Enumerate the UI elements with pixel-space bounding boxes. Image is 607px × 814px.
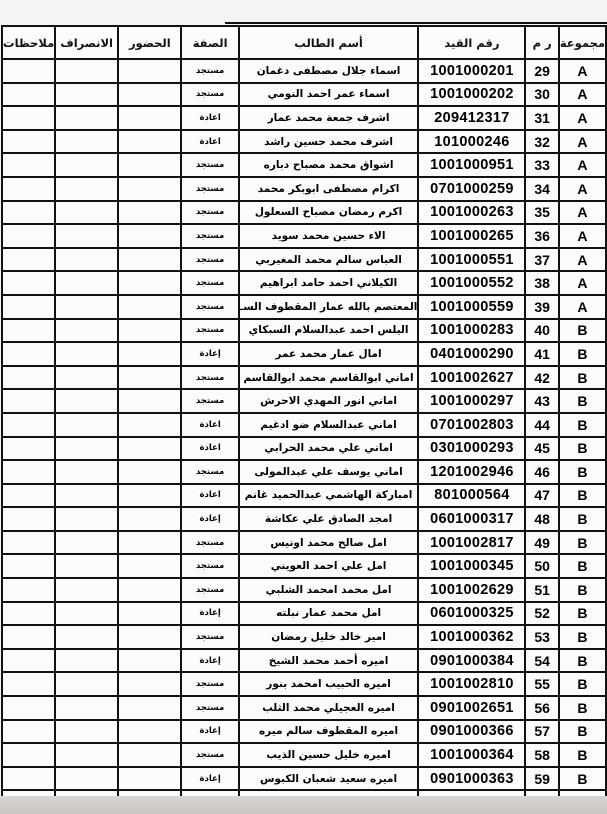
- seq-cell: 41: [525, 342, 558, 366]
- student-id-cell: 1201002946: [418, 460, 525, 484]
- notes-cell[interactable]: [2, 295, 55, 319]
- status-cell: مستجد: [181, 743, 238, 767]
- attendance-cell[interactable]: [118, 389, 181, 413]
- attendance-cell[interactable]: [118, 696, 181, 720]
- student-name-cell: اميره الحبيب امحمد بنور: [239, 672, 419, 696]
- status-cell: مستجد: [181, 201, 238, 225]
- notes-cell[interactable]: [2, 83, 55, 107]
- departure-cell[interactable]: [55, 672, 118, 696]
- seq-cell: 48: [525, 507, 558, 531]
- departure-cell[interactable]: [55, 106, 118, 130]
- departure-cell[interactable]: [55, 484, 118, 508]
- departure-cell[interactable]: [55, 720, 118, 744]
- group-cell: B: [559, 649, 606, 673]
- group-cell: B: [559, 389, 606, 413]
- student-name-cell: العباس سالم محمد المغيربي: [239, 248, 419, 272]
- group-cell: A: [559, 106, 606, 130]
- student-name-cell: امل محمد امحمد الشلبي: [239, 578, 419, 602]
- table-row: B590901000363اميره سعيد شعبان الكبوسإعاد…: [2, 767, 606, 791]
- departure-cell[interactable]: [55, 602, 118, 626]
- table-row: B491001002817امل صالح محمد اونيسمستجد: [2, 531, 606, 555]
- student-id-cell: 101000246: [418, 130, 525, 154]
- group-cell: B: [559, 413, 606, 437]
- notes-cell[interactable]: [2, 720, 55, 744]
- status-cell: اعادة: [181, 437, 238, 461]
- header-attendance: الحضور: [118, 26, 181, 59]
- table-row: B401001000283اليلس احمد عبدالسلام السبكا…: [2, 319, 606, 343]
- seq-cell: 43: [525, 389, 558, 413]
- student-name-cell: امير خالد خليل رمضان: [239, 625, 419, 649]
- notes-cell[interactable]: [2, 625, 55, 649]
- group-cell: B: [559, 602, 606, 626]
- notes-cell[interactable]: [2, 554, 55, 578]
- seq-cell: 37: [525, 248, 558, 272]
- notes-cell[interactable]: [2, 696, 55, 720]
- departure-cell[interactable]: [55, 531, 118, 555]
- notes-cell[interactable]: [2, 319, 55, 343]
- student-id-cell: 1001000201: [418, 59, 525, 83]
- notes-cell[interactable]: [2, 389, 55, 413]
- table-row: A351001000263اكرم رمضان مصباح السعلولمست…: [2, 201, 606, 225]
- status-cell: مستجد: [181, 531, 238, 555]
- student-id-cell: 1001000283: [418, 319, 525, 343]
- attendance-cell[interactable]: [118, 460, 181, 484]
- departure-cell[interactable]: [55, 153, 118, 177]
- departure-cell[interactable]: [55, 389, 118, 413]
- attendance-cell[interactable]: [118, 366, 181, 390]
- student-name-cell: امل علي احمد العويني: [239, 554, 419, 578]
- group-cell: B: [559, 554, 606, 578]
- student-name-cell: اميره خليل حسين الذيب: [239, 743, 419, 767]
- status-cell: مستجد: [181, 83, 238, 107]
- student-id-cell: 0701002803: [418, 413, 525, 437]
- student-name-cell: اماني يوسف علي عبدالمولى: [239, 460, 419, 484]
- seq-cell: 56: [525, 696, 558, 720]
- group-cell: B: [559, 484, 606, 508]
- departure-cell[interactable]: [55, 767, 118, 791]
- student-id-cell: 0601000317: [418, 507, 525, 531]
- table-row: A331001000951اشواق محمد مصباح دبارهمستجد: [2, 153, 606, 177]
- header-seq: ر م: [525, 26, 558, 59]
- notes-cell[interactable]: [2, 106, 55, 130]
- student-id-cell: 0601000325: [418, 602, 525, 626]
- student-id-cell: 1001000265: [418, 224, 525, 248]
- student-name-cell: اميره أحمد محمد الشيخ: [239, 649, 419, 673]
- group-cell: B: [559, 319, 606, 343]
- group-cell: B: [559, 767, 606, 791]
- table-row: B431001000297اماني انور المهدي الاحرشمست…: [2, 389, 606, 413]
- table-row: B410401000290امال عمار محمد عمرإعادة: [2, 342, 606, 366]
- attendance-cell[interactable]: [118, 271, 181, 295]
- notes-cell[interactable]: [2, 366, 55, 390]
- notes-cell[interactable]: [2, 649, 55, 673]
- attendance-cell[interactable]: [118, 59, 181, 83]
- student-name-cell: اميره العجيلي محمد الثلب: [239, 696, 419, 720]
- departure-cell[interactable]: [55, 413, 118, 437]
- status-cell: إعادة: [181, 602, 238, 626]
- group-cell: A: [559, 177, 606, 201]
- table-row: A361001000265الاء حسين محمد سويدمستجد: [2, 224, 606, 248]
- attendance-cell[interactable]: [118, 625, 181, 649]
- seq-cell: 44: [525, 413, 558, 437]
- table-row: B511001002629امل محمد امحمد الشلبيمستجد: [2, 578, 606, 602]
- status-cell: مستجد: [181, 319, 238, 343]
- student-id-cell: 1001000297: [418, 389, 525, 413]
- attendance-cell[interactable]: [118, 177, 181, 201]
- notes-cell[interactable]: [2, 224, 55, 248]
- departure-cell[interactable]: [55, 696, 118, 720]
- group-cell: B: [559, 342, 606, 366]
- table-row: B421001002627اماني ابوالقاسم محمد ابوالق…: [2, 366, 606, 390]
- table-row: B560901002651اميره العجيلي محمد الثلبمست…: [2, 696, 606, 720]
- seq-cell: 47: [525, 484, 558, 508]
- departure-cell[interactable]: [55, 248, 118, 272]
- student-name-cell: امباركة الهاشمي عبدالحميد غانم: [239, 484, 419, 508]
- table-row: A391001000559المعتصم بالله عمار المقطوف …: [2, 295, 606, 319]
- departure-cell[interactable]: [55, 342, 118, 366]
- table-row: B461201002946اماني يوسف علي عبدالمولىمست…: [2, 460, 606, 484]
- group-cell: B: [559, 672, 606, 696]
- student-id-cell: 0901002651: [418, 696, 525, 720]
- departure-cell[interactable]: [55, 554, 118, 578]
- seq-cell: 39: [525, 295, 558, 319]
- group-cell: B: [559, 460, 606, 484]
- student-id-cell: 0301000293: [418, 437, 525, 461]
- student-name-cell: اميره سعيد شعبان الكبوس: [239, 767, 419, 791]
- table-row: A291001000201اسماء جلال مصطفى دغمانمستجد: [2, 59, 606, 83]
- attendance-cell[interactable]: [118, 720, 181, 744]
- attendance-cell[interactable]: [118, 554, 181, 578]
- group-cell: B: [559, 437, 606, 461]
- status-cell: مستجد: [181, 177, 238, 201]
- group-cell: B: [559, 696, 606, 720]
- student-id-cell: 801000564: [418, 484, 525, 508]
- attendance-cell[interactable]: [118, 295, 181, 319]
- group-cell: A: [559, 59, 606, 83]
- group-cell: B: [559, 720, 606, 744]
- departure-cell[interactable]: [55, 507, 118, 531]
- student-id-cell: 1001000263: [418, 201, 525, 225]
- departure-cell[interactable]: [55, 130, 118, 154]
- notes-cell[interactable]: [2, 413, 55, 437]
- departure-cell[interactable]: [55, 83, 118, 107]
- table-row: B540901000384اميره أحمد محمد الشيخإعادة: [2, 649, 606, 673]
- seq-cell: 45: [525, 437, 558, 461]
- group-cell: B: [559, 531, 606, 555]
- departure-cell[interactable]: [55, 295, 118, 319]
- notes-cell[interactable]: [2, 177, 55, 201]
- header-status: الصفة: [181, 26, 238, 59]
- group-cell: A: [559, 248, 606, 272]
- notes-cell[interactable]: [2, 342, 55, 366]
- status-cell: إعادة: [181, 767, 238, 791]
- header-student-id: رقم القيد: [418, 26, 525, 59]
- status-cell: مستجد: [181, 625, 238, 649]
- status-cell: مستجد: [181, 271, 238, 295]
- seq-cell: 55: [525, 672, 558, 696]
- student-name-cell: امل محمد عمار نبلته: [239, 602, 419, 626]
- student-id-cell: 0901000384: [418, 649, 525, 673]
- status-cell: مستجد: [181, 554, 238, 578]
- attendance-cell[interactable]: [118, 83, 181, 107]
- notes-cell[interactable]: [2, 153, 55, 177]
- table-row: A340701000259اكرام مصطفى ابوبكر محمدمستج…: [2, 177, 606, 201]
- notes-cell[interactable]: [2, 578, 55, 602]
- seq-cell: 51: [525, 578, 558, 602]
- seq-cell: 35: [525, 201, 558, 225]
- student-id-cell: 1001000364: [418, 743, 525, 767]
- student-id-cell: 1001000951: [418, 153, 525, 177]
- student-id-cell: 0901000363: [418, 767, 525, 791]
- table-row: B581001000364اميره خليل حسين الذيبمستجد: [2, 743, 606, 767]
- attendance-cell[interactable]: [118, 578, 181, 602]
- attendance-cell[interactable]: [118, 767, 181, 791]
- status-cell: اعادة: [181, 106, 238, 130]
- departure-cell[interactable]: [55, 460, 118, 484]
- student-name-cell: اكرام مصطفى ابوبكر محمد: [239, 177, 419, 201]
- roster-body: A291001000201اسماء جلال مصطفى دغمانمستجد…: [2, 59, 606, 814]
- header-group: مجموعة: [559, 26, 606, 59]
- attendance-cell[interactable]: [118, 106, 181, 130]
- attendance-cell[interactable]: [118, 484, 181, 508]
- attendance-cell[interactable]: [118, 437, 181, 461]
- student-name-cell: اماني علي محمد الحرابي: [239, 437, 419, 461]
- status-cell: اعادة: [181, 484, 238, 508]
- notes-cell[interactable]: [2, 767, 55, 791]
- seq-cell: 59: [525, 767, 558, 791]
- student-id-cell: 0701000259: [418, 177, 525, 201]
- group-cell: B: [559, 625, 606, 649]
- attendance-cell[interactable]: [118, 342, 181, 366]
- departure-cell[interactable]: [55, 177, 118, 201]
- table-row: B551001002810اميره الحبيب امحمد بنورمستج…: [2, 672, 606, 696]
- departure-cell[interactable]: [55, 201, 118, 225]
- student-id-cell: 1001002627: [418, 366, 525, 390]
- table-row: A371001000551العباس سالم محمد المغيربيمس…: [2, 248, 606, 272]
- status-cell: اعادة: [181, 413, 238, 437]
- student-name-cell: اشرف جمعة محمد عمار: [239, 106, 419, 130]
- status-cell: مستجد: [181, 295, 238, 319]
- header-row: مجموعة ر م رقم القيد أسم الطالب الصفة ال…: [2, 26, 606, 59]
- attendance-cell[interactable]: [118, 130, 181, 154]
- notes-cell[interactable]: [2, 507, 55, 531]
- departure-cell[interactable]: [55, 319, 118, 343]
- seq-cell: 38: [525, 271, 558, 295]
- header-departure: الانصراف: [55, 26, 118, 59]
- student-name-cell: امل صالح محمد اونيس: [239, 531, 419, 555]
- status-cell: إعادة: [181, 720, 238, 744]
- student-name-cell: اشواق محمد مصباح دباره: [239, 153, 419, 177]
- student-id-cell: 209412317: [418, 106, 525, 130]
- seq-cell: 54: [525, 649, 558, 673]
- group-cell: B: [559, 743, 606, 767]
- student-id-cell: 1001000552: [418, 271, 525, 295]
- seq-cell: 36: [525, 224, 558, 248]
- seq-cell: 32: [525, 130, 558, 154]
- status-cell: مستجد: [181, 460, 238, 484]
- student-name-cell: امال عمار محمد عمر: [239, 342, 419, 366]
- page-top-rule: [225, 22, 607, 24]
- attendance-cell[interactable]: [118, 224, 181, 248]
- status-cell: إعادة: [181, 649, 238, 673]
- student-id-cell: 1001000551: [418, 248, 525, 272]
- attendance-cell[interactable]: [118, 319, 181, 343]
- student-name-cell: الاء حسين محمد سويد: [239, 224, 419, 248]
- departure-cell[interactable]: [55, 271, 118, 295]
- student-name-cell: اكرم رمضان مصباح السعلول: [239, 201, 419, 225]
- student-name-cell: اليلس احمد عبدالسلام السبكاي: [239, 319, 419, 343]
- attendance-cell[interactable]: [118, 672, 181, 696]
- notes-cell[interactable]: [2, 271, 55, 295]
- attendance-cell[interactable]: [118, 248, 181, 272]
- status-cell: مستجد: [181, 366, 238, 390]
- table-row: A32101000246اشرف محمد حسين راشداعادة: [2, 130, 606, 154]
- header-notes: ملاحظات: [2, 26, 55, 59]
- table-row: A301001000202اسماء عمر احمد النوميمستجد: [2, 83, 606, 107]
- student-id-cell: 1001000345: [418, 554, 525, 578]
- notes-cell[interactable]: [2, 460, 55, 484]
- seq-cell: 58: [525, 743, 558, 767]
- seq-cell: 53: [525, 625, 558, 649]
- group-cell: A: [559, 201, 606, 225]
- attendance-cell[interactable]: [118, 201, 181, 225]
- seq-cell: 49: [525, 531, 558, 555]
- status-cell: إعادة: [181, 507, 238, 531]
- seq-cell: 34: [525, 177, 558, 201]
- table-row: B570901000366اميره المقطوف سالم ميرهإعاد…: [2, 720, 606, 744]
- table-row: B47801000564امباركة الهاشمي عبدالحميد غا…: [2, 484, 606, 508]
- group-cell: B: [559, 366, 606, 390]
- seq-cell: 50: [525, 554, 558, 578]
- departure-cell[interactable]: [55, 578, 118, 602]
- seq-cell: 46: [525, 460, 558, 484]
- student-name-cell: اماني عبدالسلام ضو ادغيم: [239, 413, 419, 437]
- attendance-cell[interactable]: [118, 649, 181, 673]
- group-cell: A: [559, 271, 606, 295]
- group-cell: A: [559, 153, 606, 177]
- student-name-cell: اماني ابوالقاسم محمد ابوالقاسم: [239, 366, 419, 390]
- status-cell: مستجد: [181, 389, 238, 413]
- departure-cell[interactable]: [55, 59, 118, 83]
- group-cell: A: [559, 130, 606, 154]
- table-row: B501001000345امل علي احمد العوينيمستجد: [2, 554, 606, 578]
- page-bottom-edge: [0, 796, 607, 814]
- table-row: B450301000293اماني علي محمد الحرابياعادة: [2, 437, 606, 461]
- student-name-cell: امجد الصادق علي عكاشة: [239, 507, 419, 531]
- notes-cell[interactable]: [2, 484, 55, 508]
- attendance-cell[interactable]: [118, 743, 181, 767]
- student-name-cell: اسماء جلال مصطفى دغمان: [239, 59, 419, 83]
- notes-cell[interactable]: [2, 602, 55, 626]
- seq-cell: 52: [525, 602, 558, 626]
- status-cell: مستجد: [181, 224, 238, 248]
- attendance-cell[interactable]: [118, 531, 181, 555]
- seq-cell: 30: [525, 83, 558, 107]
- student-id-cell: 1001000362: [418, 625, 525, 649]
- seq-cell: 42: [525, 366, 558, 390]
- status-cell: مستجد: [181, 578, 238, 602]
- student-id-cell: 1001002817: [418, 531, 525, 555]
- student-id-cell: 1001002629: [418, 578, 525, 602]
- departure-cell[interactable]: [55, 366, 118, 390]
- table-row: A31209412317اشرف جمعة محمد عماراعادة: [2, 106, 606, 130]
- departure-cell[interactable]: [55, 625, 118, 649]
- student-name-cell: اسماء عمر احمد النومي: [239, 83, 419, 107]
- group-cell: B: [559, 578, 606, 602]
- student-id-cell: 1001000202: [418, 83, 525, 107]
- seq-cell: 31: [525, 106, 558, 130]
- departure-cell[interactable]: [55, 649, 118, 673]
- group-cell: B: [559, 507, 606, 531]
- notes-cell[interactable]: [2, 201, 55, 225]
- status-cell: مستجد: [181, 59, 238, 83]
- student-id-cell: 0401000290: [418, 342, 525, 366]
- notes-cell[interactable]: [2, 248, 55, 272]
- student-id-cell: 0901000366: [418, 720, 525, 744]
- attendance-cell[interactable]: [118, 602, 181, 626]
- seq-cell: 57: [525, 720, 558, 744]
- group-cell: A: [559, 295, 606, 319]
- header-student-name: أسم الطالب: [239, 26, 419, 59]
- student-name-cell: اماني انور المهدي الاحرش: [239, 389, 419, 413]
- status-cell: إعادة: [181, 342, 238, 366]
- departure-cell[interactable]: [55, 437, 118, 461]
- student-roster-table: مجموعة ر م رقم القيد أسم الطالب الصفة ال…: [1, 25, 607, 814]
- seq-cell: 33: [525, 153, 558, 177]
- status-cell: اعادة: [181, 130, 238, 154]
- student-name-cell: الكيلاني احمد حامد ابراهيم: [239, 271, 419, 295]
- table-row: B440701002803اماني عبدالسلام ضو ادغيماعا…: [2, 413, 606, 437]
- seq-cell: 29: [525, 59, 558, 83]
- student-name-cell: اشرف محمد حسين راشد: [239, 130, 419, 154]
- table-row: A381001000552الكيلاني احمد حامد ابراهيمم…: [2, 271, 606, 295]
- table-row: B480601000317امجد الصادق علي عكاشةإعادة: [2, 507, 606, 531]
- notes-cell[interactable]: [2, 437, 55, 461]
- student-name-cell: المعتصم بالله عمار المقطوف السـ: [239, 295, 419, 319]
- table-row: B531001000362امير خالد خليل رمضانمستجد: [2, 625, 606, 649]
- group-cell: A: [559, 83, 606, 107]
- status-cell: مستجد: [181, 672, 238, 696]
- student-name-cell: اميره المقطوف سالم ميره: [239, 720, 419, 744]
- status-cell: مستجد: [181, 696, 238, 720]
- student-id-cell: 1001002810: [418, 672, 525, 696]
- notes-cell[interactable]: [2, 743, 55, 767]
- attendance-cell[interactable]: [118, 507, 181, 531]
- status-cell: مستجد: [181, 153, 238, 177]
- attendance-cell[interactable]: [118, 413, 181, 437]
- notes-cell[interactable]: [2, 59, 55, 83]
- departure-cell[interactable]: [55, 743, 118, 767]
- group-cell: A: [559, 224, 606, 248]
- departure-cell[interactable]: [55, 224, 118, 248]
- notes-cell[interactable]: [2, 130, 55, 154]
- seq-cell: 40: [525, 319, 558, 343]
- notes-cell[interactable]: [2, 531, 55, 555]
- student-id-cell: 1001000559: [418, 295, 525, 319]
- status-cell: مستجد: [181, 248, 238, 272]
- attendance-cell[interactable]: [118, 153, 181, 177]
- notes-cell[interactable]: [2, 672, 55, 696]
- table-row: B520601000325امل محمد عمار نبلتهإعادة: [2, 602, 606, 626]
